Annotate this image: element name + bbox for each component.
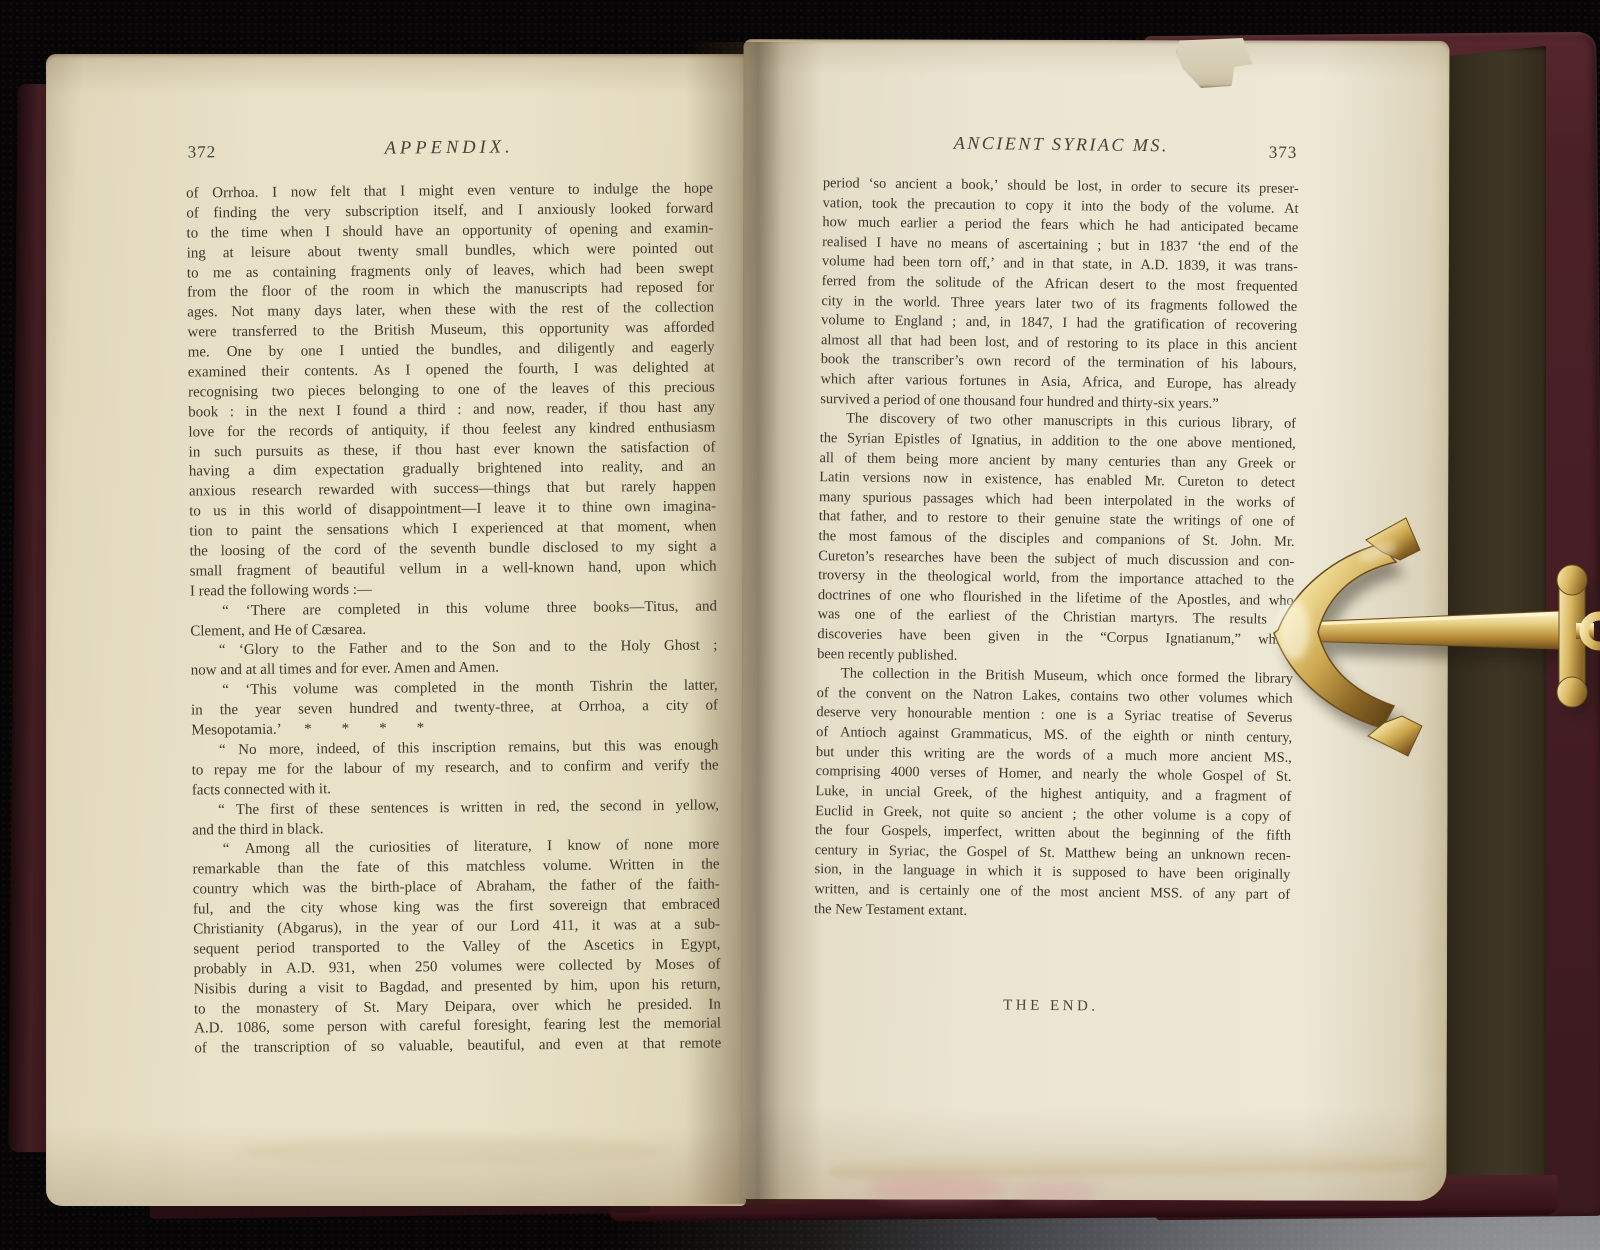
page-number-left: 372: [188, 142, 217, 162]
left-page-header-row: 372 APPENDIX.: [186, 131, 713, 185]
anchor-icon: [1228, 492, 1600, 792]
body-text-right: period‘soancientabook,’shouldbelost,inor…: [814, 175, 1299, 926]
page-stain: [240, 1138, 670, 1164]
running-header-right: ANCIENT SYRIAC MS.: [823, 123, 1299, 158]
right-page-text: ANCIENT SYRIAC MS. 373 period‘soancienta…: [812, 123, 1299, 1049]
running-header-left: APPENDIX.: [186, 131, 713, 161]
right-page-header-row: ANCIENT SYRIAC MS. 373: [823, 123, 1300, 181]
page-stain: [868, 1176, 1008, 1202]
the-end-label: THE END.: [813, 995, 1289, 1018]
anchor-clasp: [1228, 492, 1600, 792]
page-stain: [1010, 1182, 1100, 1202]
page-number-right: 373: [1269, 143, 1298, 163]
body-text-left: ofOrrhoa.InowfeltthatImightevenventureto…: [186, 180, 721, 1060]
left-page-text: 372 APPENDIX. ofOrrhoa.InowfeltthatImigh…: [186, 131, 722, 1060]
